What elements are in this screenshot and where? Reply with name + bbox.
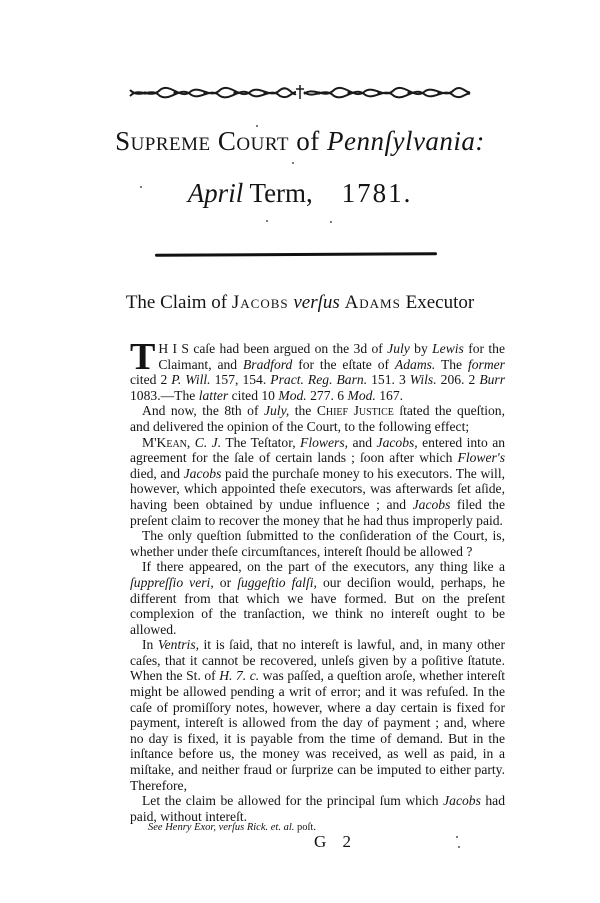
text-italic: latter (199, 388, 228, 403)
defendant-name: Adams (345, 292, 401, 313)
citation: H. 7. c. (219, 668, 259, 683)
print-speck (456, 836, 458, 838)
text: 157, 154. (211, 372, 271, 387)
drop-cap: T (130, 342, 155, 372)
print-speck (458, 846, 460, 848)
paragraph-question: The only queſtion ſubmitted to the conſi… (130, 528, 505, 559)
citation: Mod. (278, 388, 306, 403)
paragraph-judgment: Let the claim be allowed for the princip… (130, 793, 505, 824)
report-body: TH I S caſe had been argued on the 3d of… (130, 341, 505, 824)
signature-mark: G 2 (314, 832, 357, 852)
citation: Wils. (410, 372, 437, 387)
citation: Burr (479, 372, 505, 387)
citation: Pract. Reg. Barn. (270, 372, 367, 387)
court-name: Supreme Court (115, 126, 289, 156)
print-speck (256, 125, 258, 127)
print-speck (330, 221, 332, 223)
text-italic: Adams. (395, 357, 435, 372)
paragraph-opinion-intro: And now, the 8th of July, the Chief Just… (130, 403, 505, 434)
title-of: of (296, 126, 320, 156)
footnote-post: poſt. (294, 822, 316, 833)
text: 277. 6 (307, 388, 348, 403)
term-month: April (188, 178, 244, 208)
paragraph-arguments: TH I S caſe had been argued on the 3d of… (130, 341, 505, 403)
chief-justice: Chief Justice (317, 403, 394, 418)
print-speck (266, 220, 268, 222)
citation: P. Will. (171, 372, 210, 387)
text: And now, the 8th of (142, 403, 264, 418)
versus: verſus (293, 292, 339, 313)
text: was paſſed, a queſtion aroſe, whether in… (130, 668, 505, 792)
court-title: Supreme Court of Pennſylvania: (0, 126, 600, 157)
heading-prefix: The Claim of (126, 292, 227, 313)
footnote: See Henry Exor, verſus Rick. et. al. poſ… (148, 822, 316, 833)
latin-phrase: ſuppreſſio veri, (130, 575, 214, 590)
text: The Teſtator, (221, 435, 300, 450)
text: 1083.—The (130, 388, 199, 403)
party-name: Flowers, (300, 435, 348, 450)
text: If there appeared, on the part of the ex… (142, 559, 505, 574)
judge-name: M'Kean, (142, 435, 195, 450)
footnote-case: Henry Exor, verſus Rick. et. al. (165, 822, 294, 833)
plaintiff-name: Jacobs (232, 292, 289, 313)
text: In (142, 637, 158, 652)
text: by (410, 341, 432, 356)
party-name: Jacobs (443, 793, 481, 808)
text-italic: July (387, 341, 410, 356)
text: 167. (376, 388, 403, 403)
party-name: Jacobs (413, 497, 451, 512)
text: H I S caſe had been argued on the 3d of (158, 341, 387, 356)
term-word: Term, (249, 178, 312, 208)
text-italic: July, (264, 403, 289, 418)
heading-suffix: Executor (406, 292, 475, 313)
text: 206. 2 (437, 372, 480, 387)
text: the (289, 403, 317, 418)
term-year: 1781. (342, 178, 413, 208)
counsel-name: Lewis (432, 341, 464, 356)
counsel-name: Bradford (243, 357, 292, 372)
text: or (214, 575, 237, 590)
text: Let the claim be allowed for the princip… (142, 793, 443, 808)
paragraph-facts: M'Kean, C. J. The Teſtator, Flowers, and… (130, 435, 505, 529)
text: cited 2 (130, 372, 171, 387)
vine-ornament-icon (128, 84, 472, 102)
text: and (348, 435, 377, 450)
latin-phrase: ſuggeſtio falſi, (237, 575, 317, 590)
text-italic: former (468, 357, 505, 372)
citation: Mod. (348, 388, 376, 403)
footnote-see: See (148, 822, 163, 833)
print-speck (140, 186, 142, 188)
citation: Ventris, (158, 637, 199, 652)
text: cited 10 (228, 388, 278, 403)
term-line: April Term, 1781. (0, 178, 600, 209)
text: The only queſtion ſubmitted to the conſi… (130, 528, 505, 559)
section-divider (155, 252, 437, 256)
text-italic: C. J. (195, 435, 221, 450)
text: 151. 3 (367, 372, 410, 387)
text: The (435, 357, 468, 372)
court-place: Pennſylvania: (327, 126, 485, 156)
paragraph-reasoning: If there appeared, on the part of the ex… (130, 559, 505, 637)
text: for the eſtate of (292, 357, 395, 372)
party-name: Jacobs, (377, 435, 418, 450)
party-name: Jacobs (184, 466, 222, 481)
paragraph-precedents: In Ventris, it is ſaid, that no intereſt… (130, 637, 505, 793)
print-speck (292, 162, 294, 164)
decorative-vine-border (128, 84, 472, 102)
party-name: Flower's (458, 450, 505, 465)
text: died, and (130, 466, 184, 481)
case-heading: The Claim of Jacobs verſus Adams Executo… (0, 292, 600, 314)
